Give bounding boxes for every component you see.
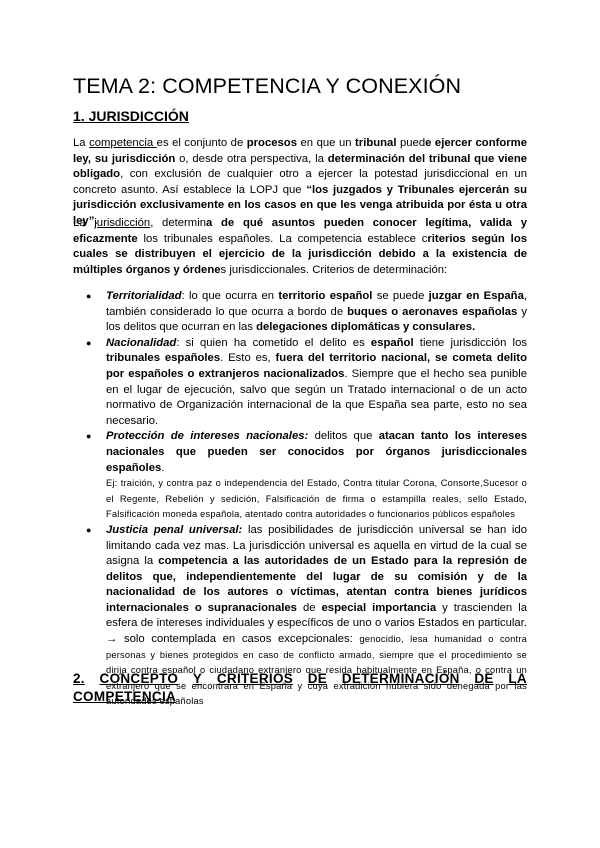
criterion-proteccion-intereses: ●Protección de intereses nacionales: del… [73,429,527,523]
section-heading-jurisdiccion: 1. JURISDICCIÓN [73,108,189,124]
text: . [161,462,164,474]
text: : lo que ocurra en [182,290,279,302]
bold-text: tribunal [355,137,396,149]
underlined-term: jurisdicción [94,217,150,229]
text: o, desde otra perspectiva, la [175,153,327,165]
bold-text: buques o aeronaves españolas [347,306,517,318]
text: : si quien ha cometido el delito es [176,337,371,349]
bold-text: español [371,337,414,349]
example-note: Ej: traición, y contra paz o independenc… [106,478,527,519]
underlined-term: competencia [89,137,157,149]
text: s jurisdiccionales. Criterios de determi… [221,264,448,276]
heading-word: DETERMINACIÓN [342,670,460,688]
heading-line-2: COMPETENCIA [73,689,176,704]
text: . Esto es, [220,352,275,364]
document-title: TEMA 2: COMPETENCIA Y CONEXIÓN [73,74,461,99]
bullet-icon: ● [86,523,91,539]
criterion-territorialidad: ●Territorialidad: lo que ocurra en terri… [73,289,527,336]
bold-text: tribunales españoles [106,352,220,364]
bullet-icon: ● [86,336,91,352]
text: en que un [297,137,355,149]
criterion-label: Protección de intereses nacionales: [106,430,308,442]
text: es el conjunto de [157,137,247,149]
text: pued [396,137,425,149]
heading-word: LA [508,670,527,688]
heading-word: CRITERIOS [217,670,293,688]
heading-word: 2. [73,670,85,688]
criterion-nacionalidad: ●Nacionalidad: si quien ha cometido el d… [73,336,527,430]
heading-line-1: 2.CONCEPTOYCRITERIOSDEDETERMINACIÓNDELA [73,670,527,688]
bold-text: territorio español [278,290,372,302]
bullet-icon: ● [86,429,91,445]
text: de [297,602,322,614]
heading-word: DE [474,670,493,688]
text: La [73,137,89,149]
criteria-list: ●Territorialidad: lo que ocurra en terri… [73,289,527,710]
heading-word: DE [308,670,327,688]
bullet-icon: ● [86,289,91,305]
paragraph-jurisdiccion: La jurisdicción, determina de qué asunto… [73,216,527,278]
text: tiene jurisdicción los [414,337,527,349]
bold-text: delegaciones diplomáticas y consulares. [256,321,475,333]
text: , determin [150,217,206,229]
heading-word: Y [193,670,202,688]
criterion-label: Territorialidad [106,290,182,302]
bold-text: procesos [247,137,297,149]
bold-text: juzgar en España [429,290,524,302]
heading-word: CONCEPTO [100,670,179,688]
text: los tribunales españoles. La competencia… [138,233,428,245]
text: delitos que [308,430,378,442]
bold-text: especial importancia [322,602,437,614]
section-heading-concepto: 2.CONCEPTOYCRITERIOSDEDETERMINACIÓNDELA … [73,670,527,706]
criterion-label: Justicia penal universal: [106,524,242,536]
text: se puede [372,290,428,302]
text: La [73,217,94,229]
criterion-label: Nacionalidad [106,337,176,349]
